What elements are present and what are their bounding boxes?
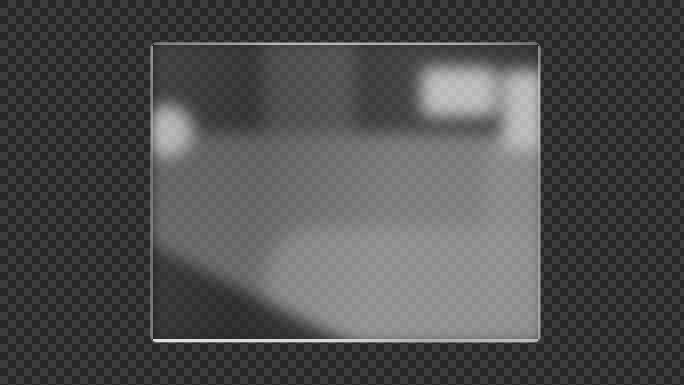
glass-inner-shading <box>151 43 540 342</box>
transparency-checkerboard-background <box>0 0 684 385</box>
glass-panel <box>150 42 541 343</box>
